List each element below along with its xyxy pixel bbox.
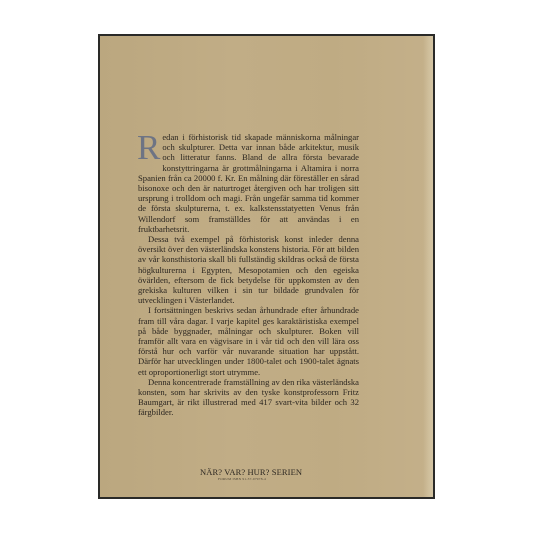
blurb-paragraph-4: Denna koncentrerade framställning av den… xyxy=(138,377,359,418)
book-back-cover: Redan i förhistorisk tid skapade människ… xyxy=(98,34,435,499)
blurb-text: Redan i förhistorisk tid skapade människ… xyxy=(138,132,359,418)
series-title: NÄR? VAR? HUR? SERIEN xyxy=(200,467,340,477)
drop-cap: R xyxy=(137,132,160,163)
isbn-line: FORUM ISBN 91-37-07978-4 xyxy=(218,477,266,481)
blurb-paragraph-1: Redan i förhistorisk tid skapade människ… xyxy=(138,132,359,234)
blurb-paragraph-2: Dessa två exempel på förhistorisk konst … xyxy=(138,234,359,305)
blurb-paragraph-3: I fortsättningen beskrivs sedan århundra… xyxy=(138,305,359,376)
